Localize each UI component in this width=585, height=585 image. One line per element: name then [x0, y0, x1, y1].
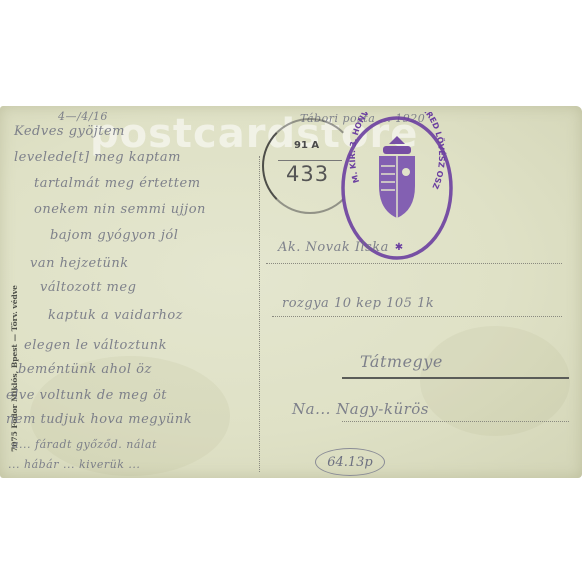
message-line: levelede[t] meg kaptam	[14, 150, 181, 165]
message-line: elve voltunk de meg öt	[6, 388, 167, 403]
military-seal-stamp: M. KIR. 3. HONVÉD HUSZÁR EZRED LŐVÉSZ OS…	[339, 112, 455, 260]
message-line: ... hábár ... kiverük ...	[8, 458, 140, 471]
message-line: beméntünk ahol öz	[18, 362, 152, 377]
message-line: tartalmát meg értettem	[34, 176, 201, 191]
message-date: 4—/4/16	[58, 110, 108, 123]
message-line: van hejzetünk	[30, 256, 129, 271]
message-line: kaptuk a vaidarhoz	[48, 308, 183, 323]
postmark-date: 91 A	[294, 140, 319, 151]
address-line-4	[342, 421, 569, 422]
address-text: Tátmegye	[360, 352, 443, 371]
address-line-3	[342, 377, 569, 379]
coat-of-arms-icon	[379, 136, 415, 218]
message-line: a... fáradt győződ. nálat	[12, 438, 157, 451]
postmark-number: 433	[286, 162, 329, 186]
svg-text:✱: ✱	[395, 242, 403, 253]
postcard-back: postcardstore 7075 Fodor Miklós, Bpest —…	[0, 106, 582, 478]
message-line: nem tudjuk hova megyünk	[6, 412, 192, 427]
message-line: Kedves gyöjtem	[14, 124, 125, 139]
message-line: változott meg	[40, 280, 136, 295]
postmark-bar	[278, 160, 342, 161]
message-line: bajom gyógyon jól	[50, 228, 178, 243]
address-text: Na... Nagy-kürös	[292, 400, 429, 418]
message-line: elegen le változtunk	[24, 338, 167, 353]
price-mark: 64.13p	[315, 448, 385, 476]
address-text: Ak. Novak Ilska	[278, 240, 389, 255]
address-text: rozgya 10 kep 105 1k	[282, 296, 434, 311]
message-line: onekem nin semmi ujjon	[34, 202, 206, 217]
paper-stain	[420, 326, 570, 436]
address-line-2	[272, 316, 562, 317]
center-divider	[259, 156, 260, 472]
address-line-1	[266, 263, 562, 264]
